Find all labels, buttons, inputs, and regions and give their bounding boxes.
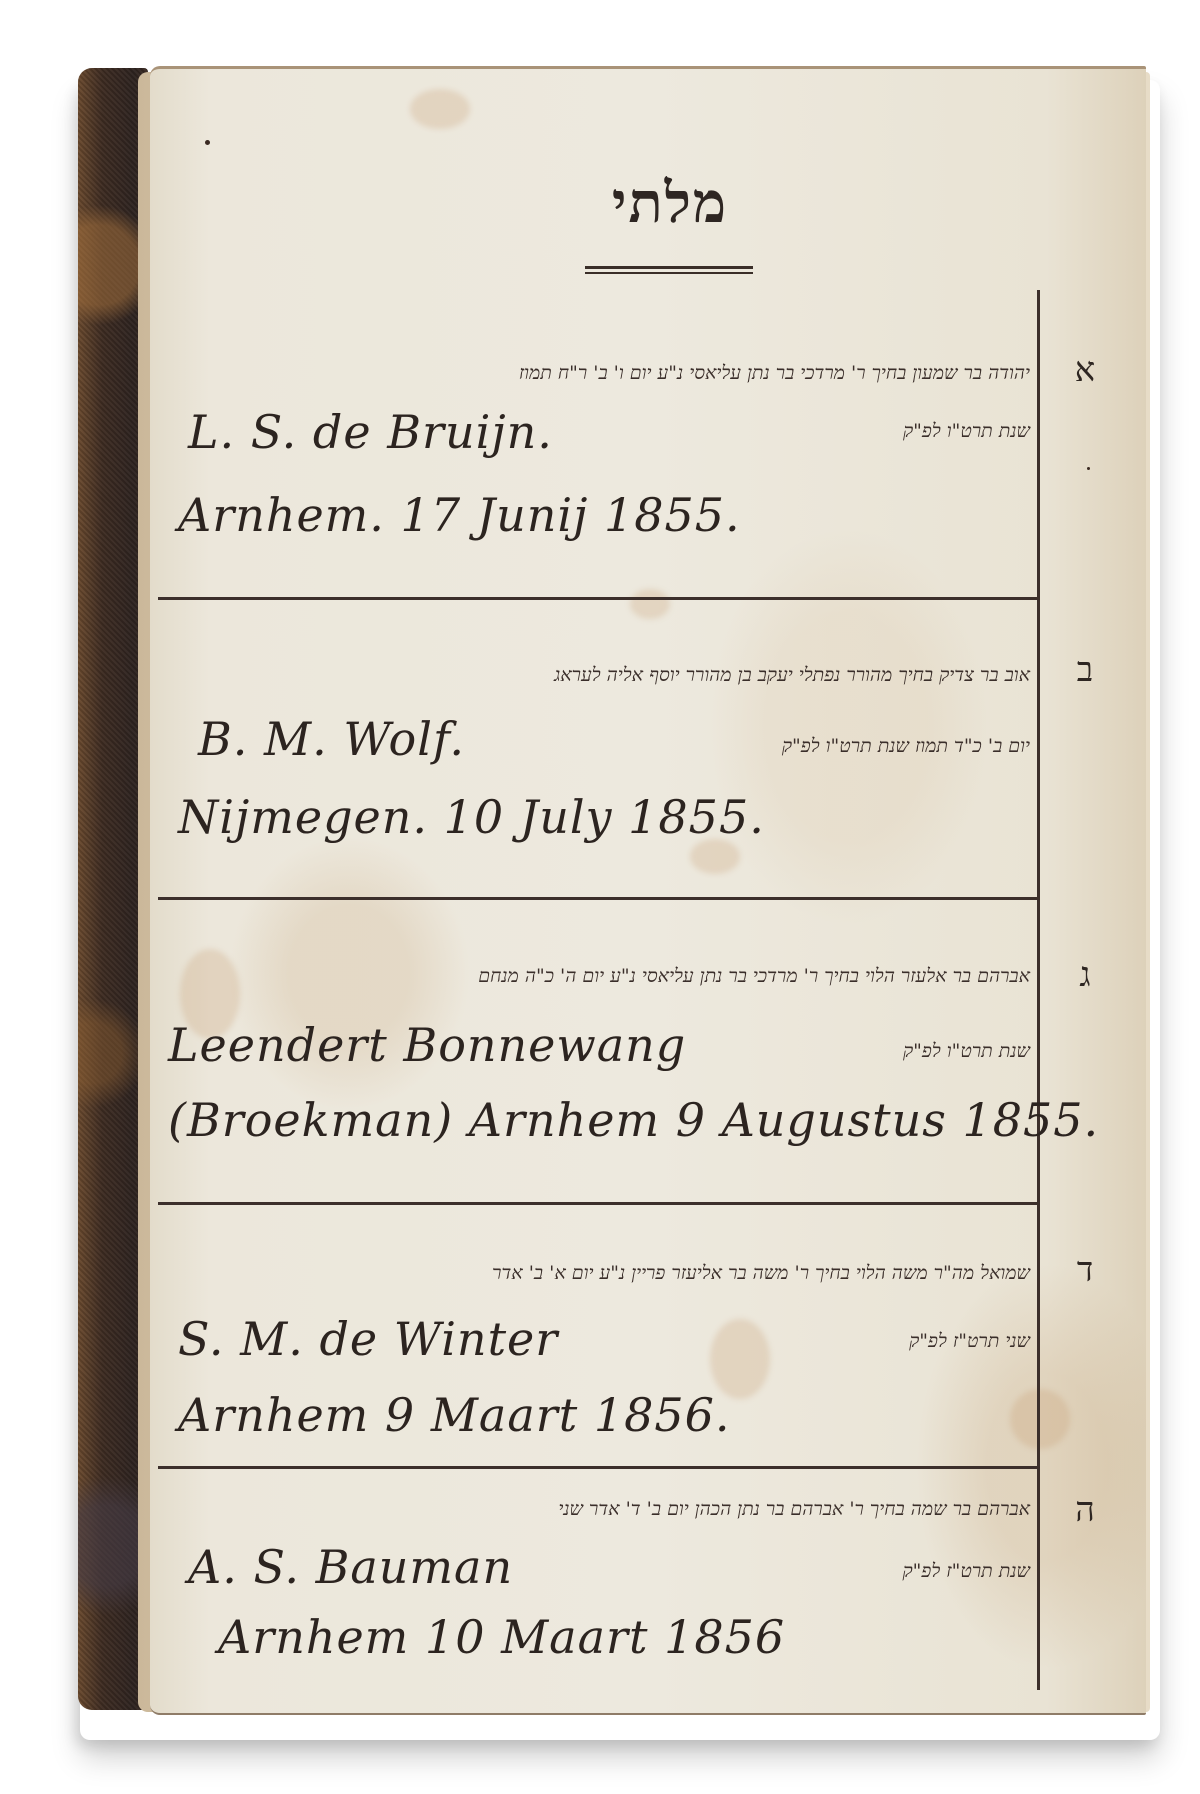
place-date: Arnhem 10 Maart 1856	[218, 1610, 785, 1664]
hebrew-year: שנת תרט"ו לפ"ק	[903, 420, 1030, 443]
entry-number: ב	[1060, 650, 1110, 690]
stain	[1010, 1389, 1070, 1449]
place-date: Nijmegen. 10 July 1855.	[178, 790, 765, 844]
stain	[690, 839, 740, 874]
row-divider	[158, 1466, 1038, 1469]
column-rule	[1037, 290, 1040, 1690]
signature: Leendert Bonnewang	[168, 1018, 686, 1072]
hebrew-inscription: שמואל מה"ר משה הלוי בחיך ר' משה בר אליעז…	[492, 1262, 1030, 1285]
hebrew-year: שנת תרט"ז לפ"ק	[903, 1560, 1030, 1583]
hebrew-inscription: יהודה בר שמעון בחיך ר' מרדכי בר נתן עליא…	[519, 362, 1030, 385]
stain	[630, 589, 670, 619]
stain	[710, 1319, 770, 1399]
signature: S. M. de Winter	[178, 1312, 558, 1366]
stain	[410, 89, 470, 129]
place-date: (Broekman) Arnhem 9 Augustus 1855.	[168, 1093, 1099, 1147]
entry-number: ג	[1060, 955, 1110, 995]
signature: L. S. de Bruijn.	[188, 405, 553, 459]
ink-dot	[1087, 467, 1090, 470]
entry-number: א	[1060, 350, 1110, 390]
title-underline	[585, 272, 753, 274]
signature: A. S. Bauman	[188, 1540, 513, 1594]
signature: B. M. Wolf.	[198, 712, 465, 766]
hebrew-inscription: אברהם בר אלעזר הלוי בחיך ר' מרדכי בר נתן…	[478, 965, 1030, 988]
row-divider	[158, 897, 1038, 900]
hebrew-inscription: אברהם בר שמה בחיך ר' אברהם בר נתן הכהן י…	[558, 1498, 1030, 1521]
ink-dot	[205, 140, 210, 145]
row-divider	[158, 1202, 1038, 1205]
entry-number: ה	[1060, 1490, 1110, 1530]
title-underline	[585, 266, 753, 269]
row-divider	[158, 597, 1038, 600]
hebrew-year: יום ב' כ"ד תמוז שנת תרט"ו לפ"ק	[782, 735, 1030, 758]
hebrew-year: שני תרט"ז לפ"ק	[909, 1330, 1030, 1353]
hebrew-inscription: אוב בר צדיק בחיך מהורר נפתלי יעקב בן מהו…	[554, 664, 1030, 687]
hebrew-year: שנת תרט"ו לפ"ק	[903, 1040, 1030, 1063]
place-date: Arnhem 9 Maart 1856.	[178, 1388, 731, 1442]
page-title: מלתי	[585, 170, 755, 236]
place-date: Arnhem. 17 Junij 1855.	[178, 488, 741, 542]
entry-number: ד	[1060, 1250, 1110, 1290]
